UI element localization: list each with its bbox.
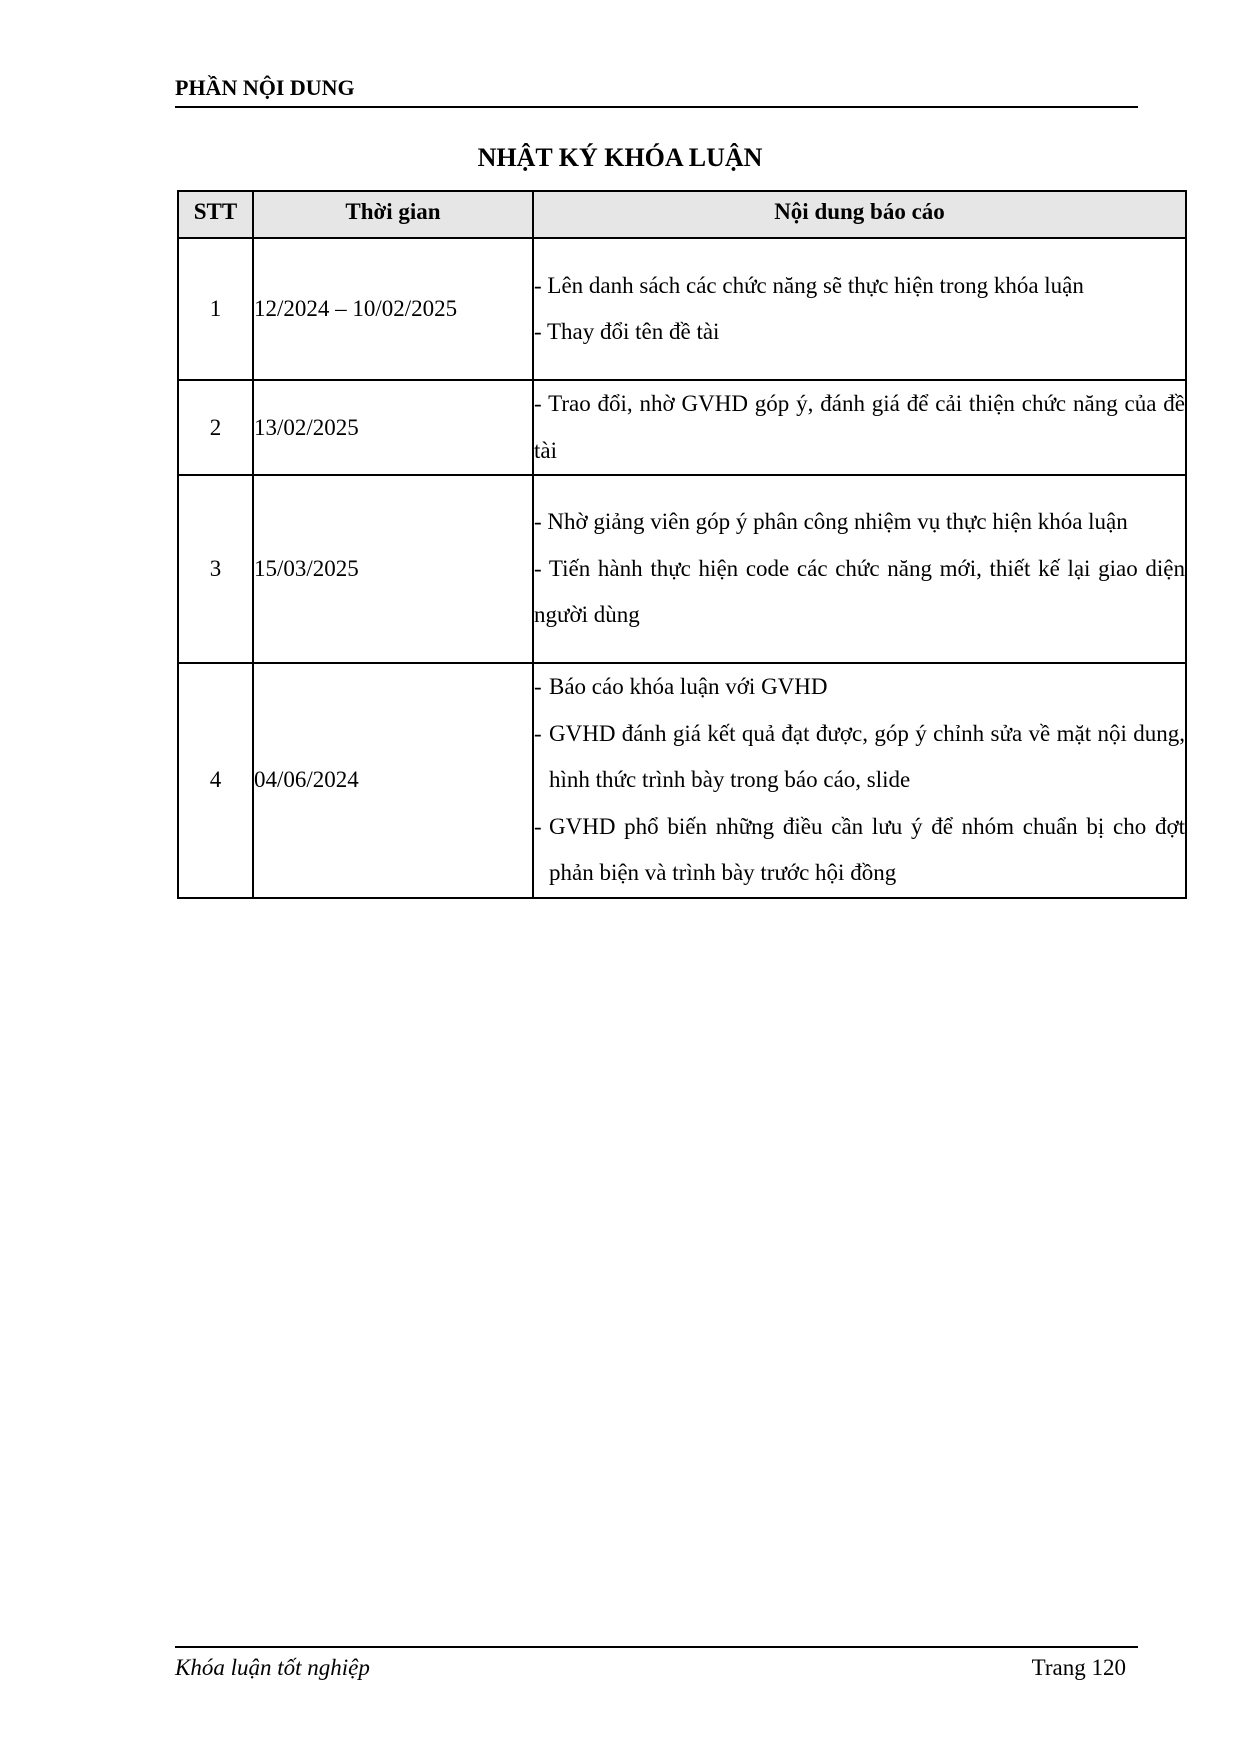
table-row: 4 04/06/2024 -Báo cáo khóa luận với GVHD…	[178, 663, 1186, 898]
row-time: 12/2024 – 10/02/2025	[253, 238, 533, 380]
footer-document-type: Khóa luận tốt nghiệp	[175, 1653, 370, 1683]
row-stt: 4	[178, 663, 253, 898]
column-header-content: Nội dung báo cáo	[533, 191, 1186, 238]
row-time: 13/02/2025	[253, 380, 533, 475]
table-row: 1 12/2024 – 10/02/2025 - Lên danh sách c…	[178, 238, 1186, 380]
row-content: - Lên danh sách các chức năng sẽ thực hi…	[533, 238, 1186, 380]
content-item: -GVHD đánh giá kết quả đạt được, góp ý c…	[534, 711, 1185, 804]
content-item-text: Báo cáo khóa luận với GVHD	[549, 674, 828, 699]
content-item: - Lên danh sách các chức năng sẽ thực hi…	[534, 263, 1185, 310]
row-stt: 3	[178, 475, 253, 663]
header-divider	[175, 106, 1138, 108]
content-item-text: GVHD phổ biến những điều cần lưu ý để nh…	[549, 814, 1185, 886]
column-header-time: Thời gian	[253, 191, 533, 238]
content-item: - Tiến hành thực hiện code các chức năng…	[534, 546, 1185, 639]
thesis-log-table: STT Thời gian Nội dung báo cáo 1 12/2024…	[177, 190, 1187, 899]
table-row: 2 13/02/2025 - Trao đổi, nhờ GVHD góp ý,…	[178, 380, 1186, 475]
content-item: - Trao đổi, nhờ GVHD góp ý, đánh giá để …	[534, 381, 1185, 474]
content-item-text: GVHD đánh giá kết quả đạt được, góp ý ch…	[549, 721, 1185, 793]
document-title: NHẬT KÝ KHÓA LUẬN	[0, 142, 1240, 174]
table-row: 3 15/03/2025 - Nhờ giảng viên góp ý phân…	[178, 475, 1186, 663]
footer-divider	[175, 1646, 1138, 1648]
content-item: -GVHD phổ biến những điều cần lưu ý để n…	[534, 804, 1185, 897]
bullet-dash: -	[534, 664, 549, 711]
column-header-stt: STT	[178, 191, 253, 238]
row-content: - Trao đổi, nhờ GVHD góp ý, đánh giá để …	[533, 380, 1186, 475]
row-time: 04/06/2024	[253, 663, 533, 898]
bullet-dash: -	[534, 804, 549, 851]
row-content: - Nhờ giảng viên góp ý phân công nhiệm v…	[533, 475, 1186, 663]
row-content: -Báo cáo khóa luận với GVHD -GVHD đánh g…	[533, 663, 1186, 898]
row-time: 15/03/2025	[253, 475, 533, 663]
table-header-row: STT Thời gian Nội dung báo cáo	[178, 191, 1186, 238]
content-item: -Báo cáo khóa luận với GVHD	[534, 664, 1185, 711]
content-item: - Nhờ giảng viên góp ý phân công nhiệm v…	[534, 499, 1185, 546]
bullet-dash: -	[534, 711, 549, 758]
content-item: - Thay đổi tên đề tài	[534, 309, 1185, 356]
section-header: PHẦN NỘI DUNG	[175, 74, 1138, 102]
page-number: Trang 120	[900, 1653, 1126, 1683]
row-stt: 2	[178, 380, 253, 475]
row-stt: 1	[178, 238, 253, 380]
